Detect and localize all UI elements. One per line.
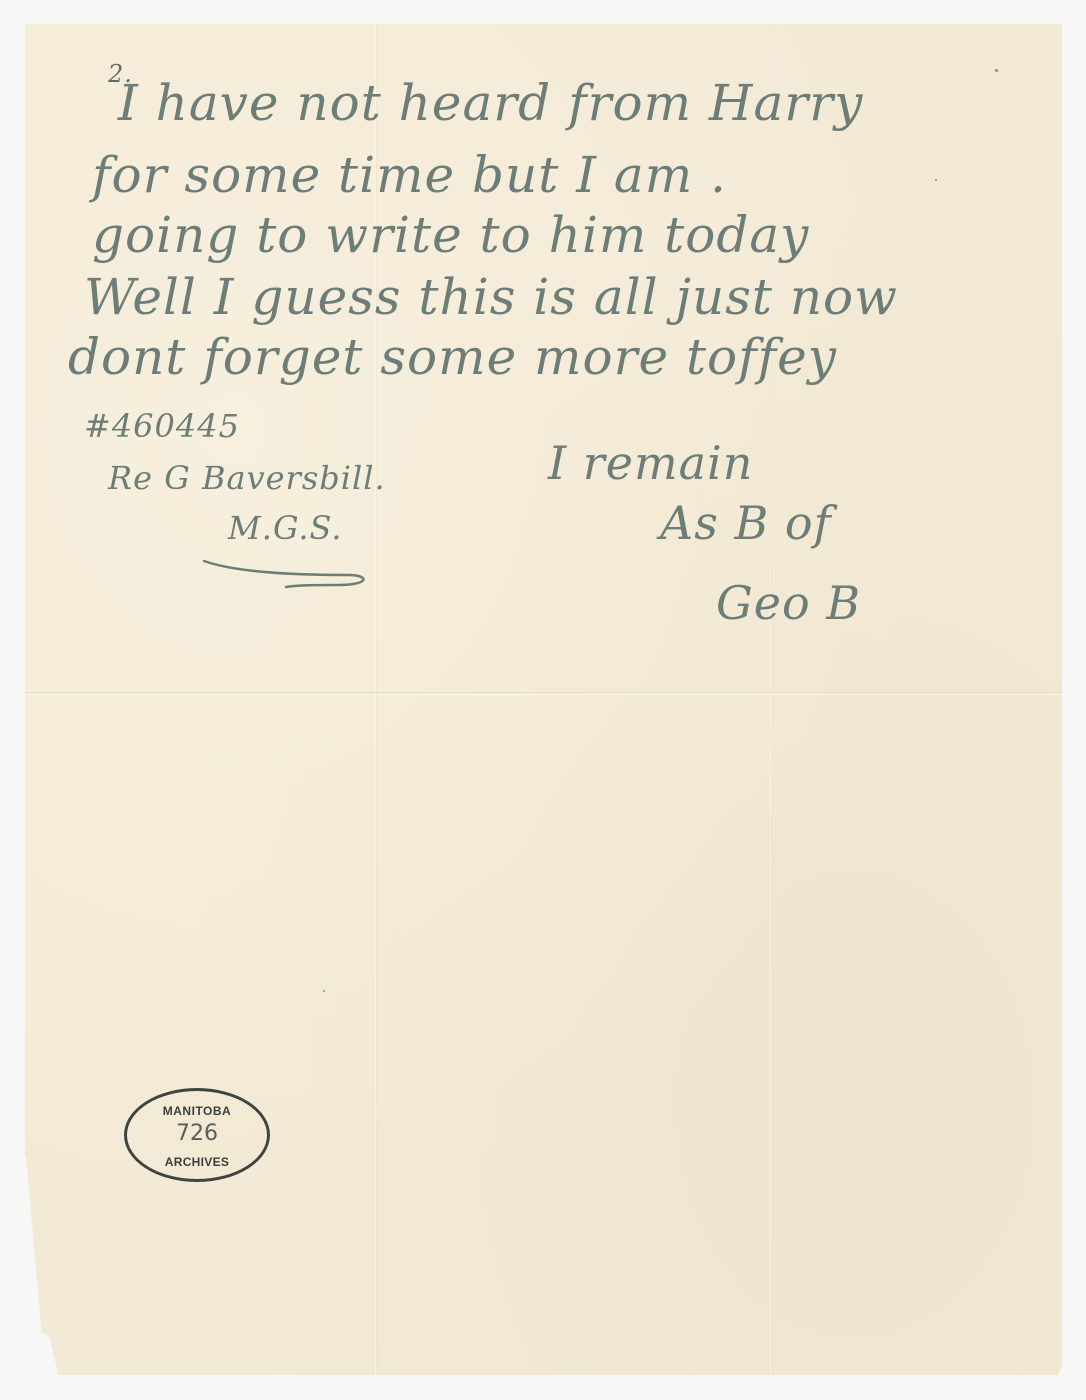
closing-relation: As B of [660,500,832,546]
paper-speck [323,990,325,992]
letter-line-1: I have not heard from Harry [118,78,863,128]
signature: Geo B [716,580,861,626]
letter-line-2: for some time but I am . [92,150,727,200]
archival-reference: Re G Baversbill. [108,462,386,494]
manitoba-archives-stamp: MANITOBA 726 ARCHIVES [124,1088,270,1182]
archival-number: #460445 [84,410,240,442]
paper-speck [935,179,937,181]
underline-flourish [198,555,378,595]
paper-speck [995,69,998,72]
stamp-bottom-text: ARCHIVES [127,1155,267,1169]
letter-line-3: going to write to him today [92,210,809,260]
archival-initials: M.G.S. [228,512,342,544]
closing-i-remain: I remain [548,440,753,486]
letter-line-5: dont forget some more toffey [68,332,837,382]
stamp-number: 726 [127,1121,267,1146]
letter-line-4: Well I guess this is all just now [84,272,898,322]
stamp-top-text: MANITOBA [127,1104,267,1118]
horizontal-fold-line [25,692,1062,695]
